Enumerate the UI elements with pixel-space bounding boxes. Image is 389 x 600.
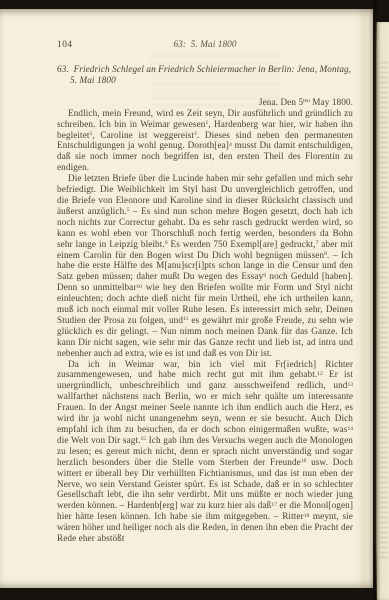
next-page-edge bbox=[376, 22, 389, 600]
letter-paragraph: Da ich in Weimar war, bin ich viel mit F… bbox=[57, 359, 353, 544]
page-content: 104 63: 5. Mai 1800 63. Friedrich Schleg… bbox=[57, 39, 353, 544]
letter-paragraph: Die letzten Briefe über die Lucinde habe… bbox=[57, 173, 353, 358]
running-head: 63: 5. Mai 1800 bbox=[57, 39, 353, 50]
page-number: 104 bbox=[57, 39, 73, 50]
next-page-ghost-text bbox=[380, 62, 388, 562]
letter-paragraph: Endlich, mein Freund, wird es Zeit seyn,… bbox=[57, 108, 353, 173]
page-header: 104 63: 5. Mai 1800 bbox=[57, 39, 353, 50]
scanned-book-photo: 104 63: 5. Mai 1800 63. Friedrich Schleg… bbox=[0, 0, 389, 600]
letter-heading: 63. Friedrich Schlegel an Friedrich Schl… bbox=[57, 64, 353, 86]
book-page: 104 63: 5. Mai 1800 63. Friedrich Schleg… bbox=[0, 9, 373, 588]
dateline: Jena. Den 5ten May 1800. bbox=[57, 97, 353, 108]
